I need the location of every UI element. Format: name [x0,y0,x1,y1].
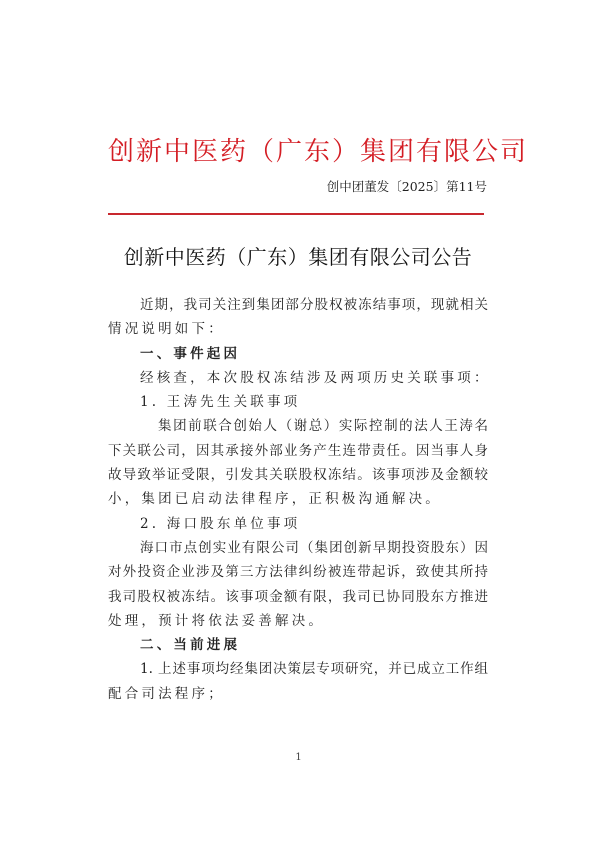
item-1-title: 1. 王涛先生关联事项 [108,390,488,414]
document-number: 创中团董发〔2025〕第11号 [327,178,487,196]
announcement-title: 创新中医药（广东）集团有限公司公告 [108,242,488,272]
item-2-title: 2. 海口股东单位事项 [108,512,488,536]
item-2-line-3: 我司股权被冻结。该事项金额有限，我司已协同股东方推进 [108,585,488,609]
document-page: 创新中医药（广东）集团有限公司 创中团董发〔2025〕第11号 创新中医药（广东… [0,0,597,849]
item-1-line-4: 小，集团已启动法律程序，正积极沟通解决。 [108,487,488,511]
item-1-line-3: 故导致举证受限，引发其关联股权冻结。该事项涉及金额较 [108,463,488,487]
section-2-heading: 二、当前进展 [108,633,488,657]
announcement-body: 近期，我司关注到集团部分股权被冻结事项，现就相关 情况说明如下： 一、事件起因 … [108,293,488,706]
section-1-heading: 一、事件起因 [108,342,488,366]
company-letterhead-title: 创新中医药（广东）集团有限公司 [108,134,488,170]
intro-line-1: 近期，我司关注到集团部分股权被冻结事项，现就相关 [108,293,488,317]
intro-line-2: 情况说明如下： [108,317,488,341]
item-1-line-2: 下关联公司，因其承接外部业务产生连带责任。因当事人身 [108,439,488,463]
section-2-line-2: 配合司法程序； [108,682,488,706]
red-divider-rule [108,213,484,215]
item-2-line-4: 处理，预计将依法妥善解决。 [108,609,488,633]
item-2-line-1: 海口市点创实业有限公司（集团创新早期投资股东）因 [108,536,488,560]
page-number: 1 [0,752,597,763]
item-1-line-1: 集团前联合创始人（谢总）实际控制的法人王涛名 [108,414,488,438]
item-2-line-2: 对外投资企业涉及第三方法律纠纷被连带起诉，致使其所持 [108,560,488,584]
section-2-line-1: 1. 上述事项均经集团决策层专项研究，并已成立工作组 [108,657,488,681]
section-1-lead: 经核查，本次股权冻结涉及两项历史关联事项： [108,366,488,390]
